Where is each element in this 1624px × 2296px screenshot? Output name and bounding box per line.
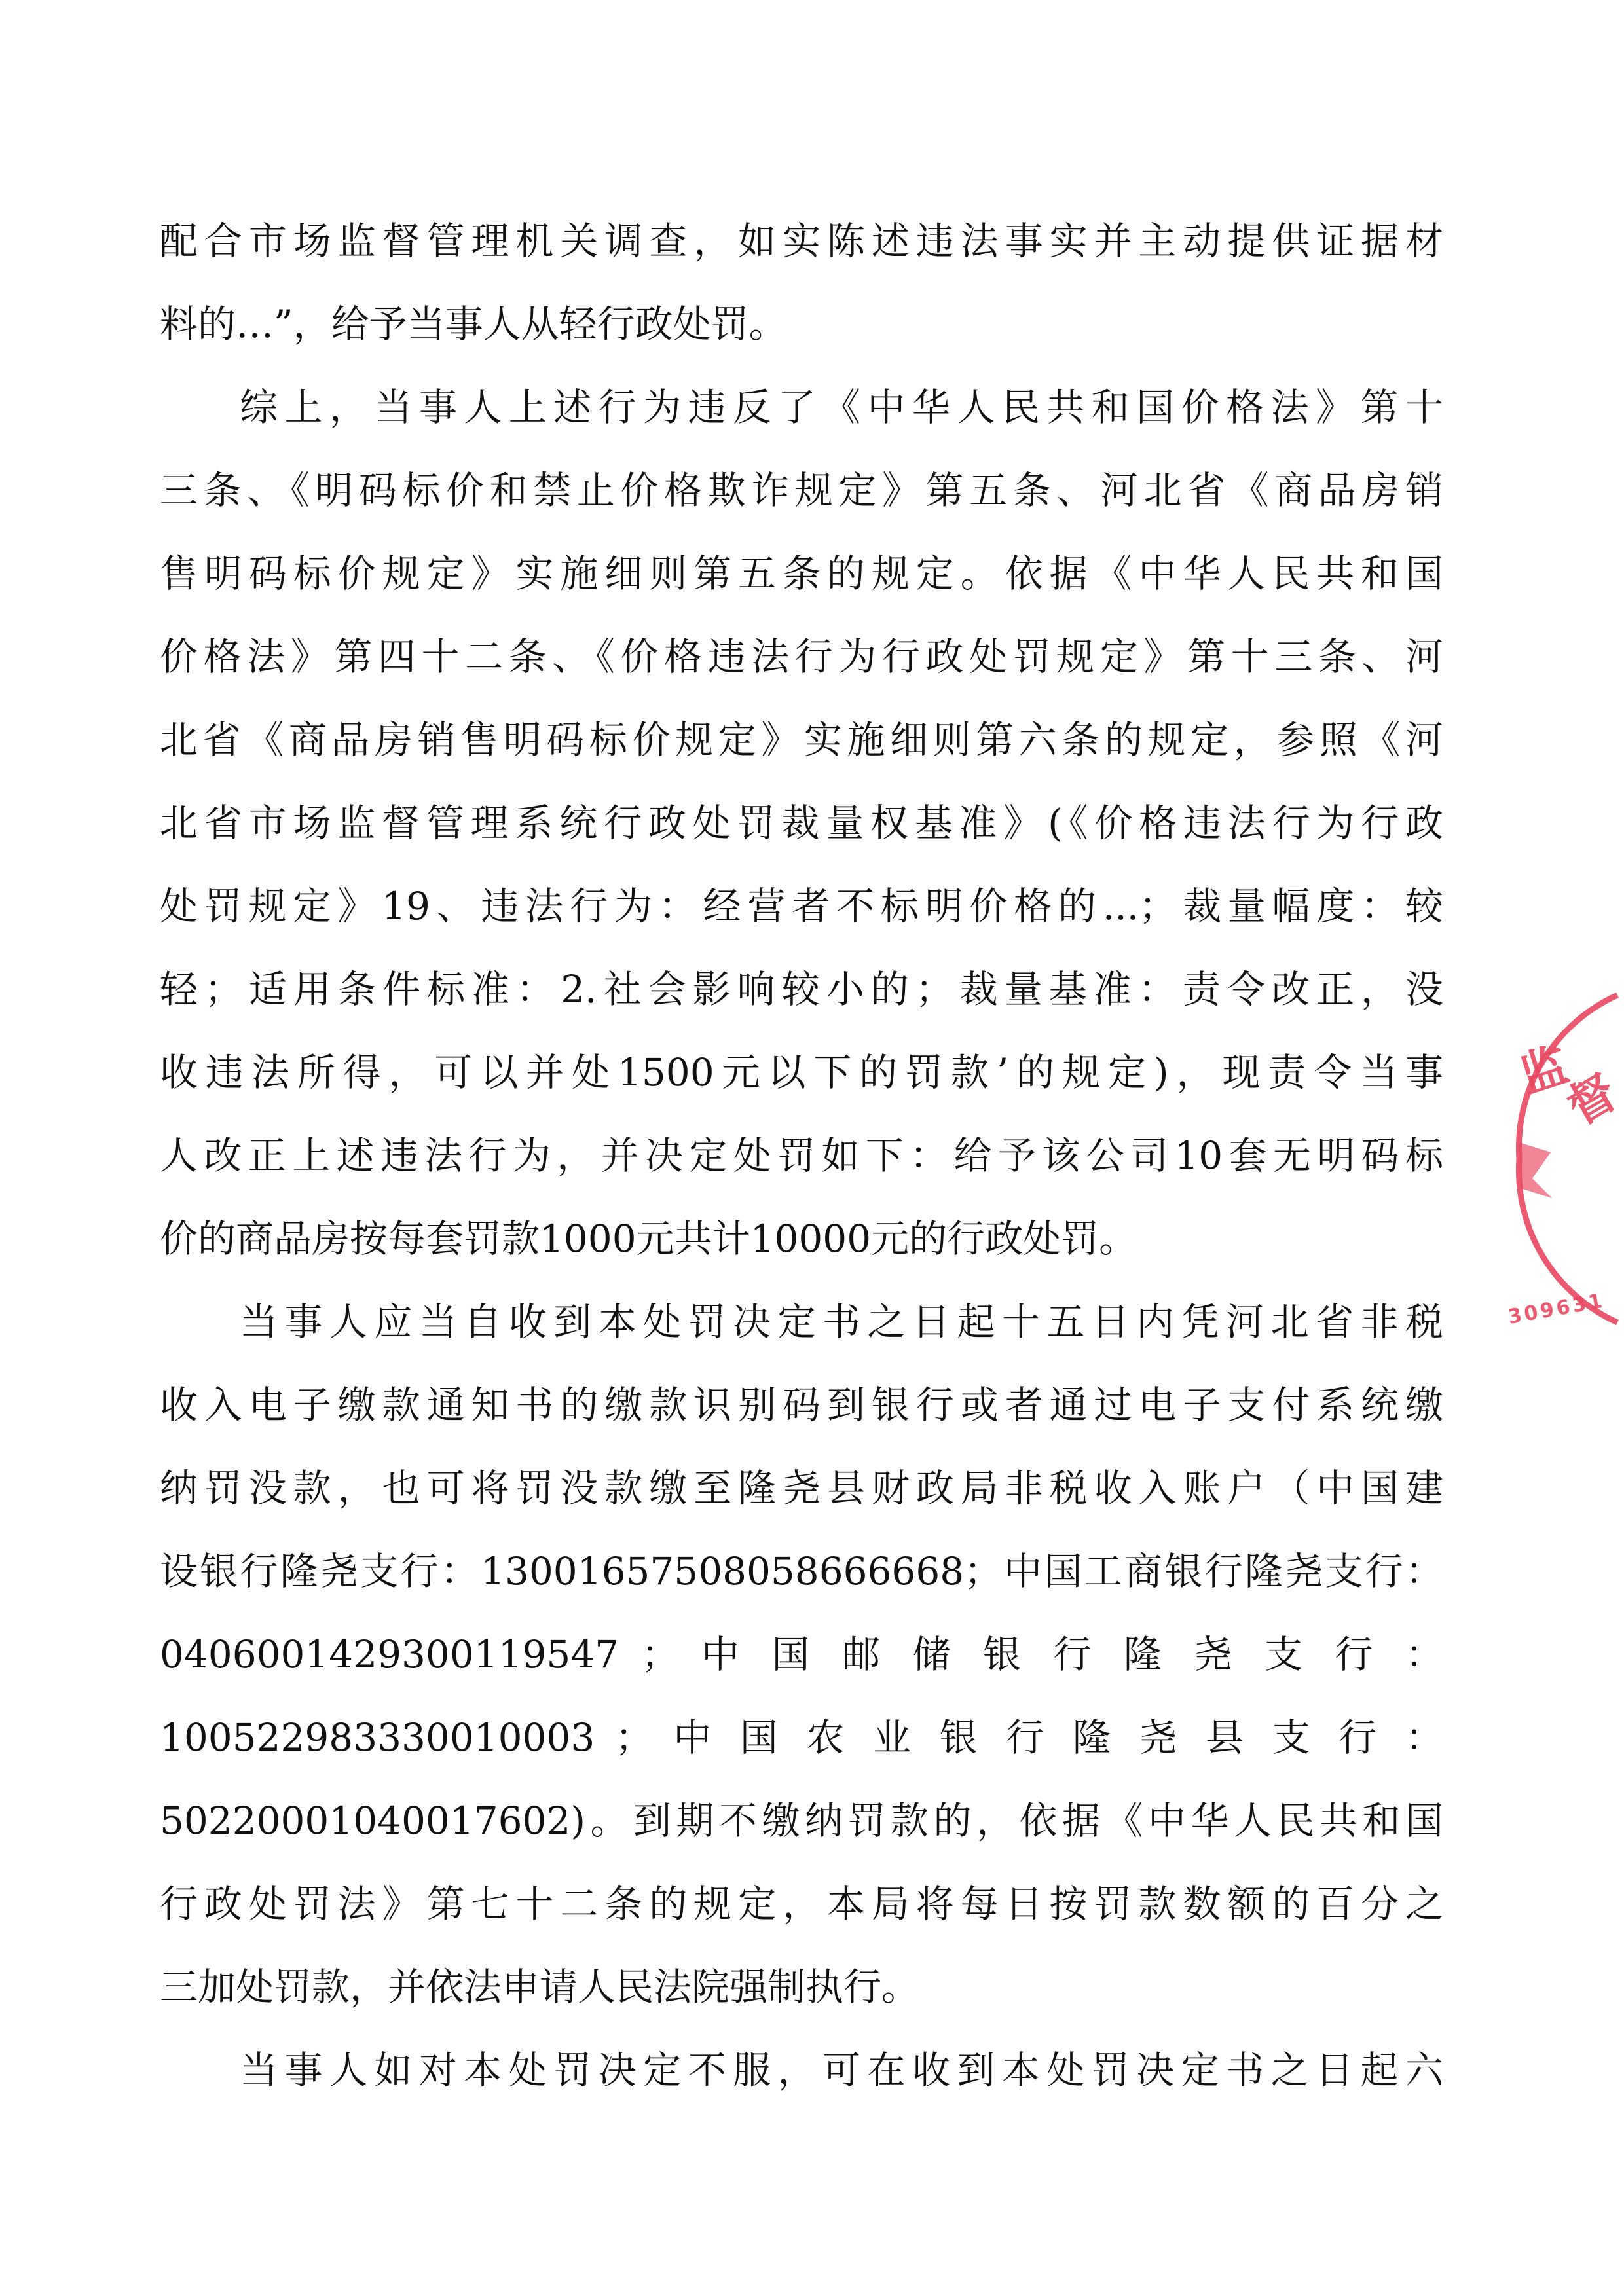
text-line: 当事人应当自收到本处罚决定书之日起十五日内凭河北省非税 — [160, 1289, 1443, 1372]
text-line: 价的商品房按每套罚款1000元共计10000元的行政处罚。 — [160, 1206, 1443, 1289]
text-line: 收入电子缴款通知书的缴款识别码到银行或者通过电子支付系统缴 — [160, 1372, 1443, 1455]
text-line: 设银行隆尧支行：13001657508058666668；中国工商银行隆尧支行： — [160, 1539, 1443, 1622]
text-line: 行政处罚法》第七十二条的规定，本局将每日按罚款数额的百分之 — [160, 1871, 1443, 1954]
text-line: 北省《商品房销售明码标价规定》实施细则第六条的规定，参照《河 — [160, 707, 1443, 790]
seal-number: 309631 — [1506, 1289, 1606, 1328]
text-line: 配合市场监督管理机关调查，如实陈述违法事实并主动提供证据材 — [160, 208, 1443, 291]
text-line: 0406001429300119547 ； 中 国 邮 储 银 行 隆 尧 支 … — [160, 1622, 1443, 1705]
seal-icon: 监 督 309631 — [1506, 982, 1624, 1336]
text-line: 纳罚没款，也可将罚没款缴至隆尧县财政局非税收入账户（中国建 — [160, 1455, 1443, 1539]
text-line: 价格法》第四十二条、《价格违法行为行政处罚规定》第十三条、河 — [160, 624, 1443, 707]
text-line: 料的…”，给予当事人从轻行政处罚。 — [160, 291, 1443, 374]
text-line: 三条、《明码标价和禁止价格欺诈规定》第五条、河北省《商品房销 — [160, 458, 1443, 541]
text-line: 轻；适用条件标准：2.社会影响较小的；裁量基准：责令改正，没 — [160, 957, 1443, 1040]
text-line: 北省市场监督管理系统行政处罚裁量权基准》(《价格违法行为行政 — [160, 790, 1443, 873]
text-line: 当事人如对本处罚决定不服，可在收到本处罚决定书之日起六 — [160, 2037, 1443, 2121]
text-line: 综上，当事人上述行为违反了《中华人民共和国价格法》第十 — [160, 374, 1443, 458]
text-line: 100522983330010003 ； 中 国 农 业 银 行 隆 尧 县 支… — [160, 1705, 1443, 1788]
text-line: 人改正上述违法行为，并决定处罚如下：给予该公司10套无明码标 — [160, 1123, 1443, 1206]
document-page: 配合市场监督管理机关调查，如实陈述违法事实并主动提供证据材 料的…”，给予当事人… — [0, 0, 1624, 2296]
text-line: 处罚规定》19、违法行为：经营者不标明价格的...；裁量幅度：较 — [160, 873, 1443, 957]
document-body: 配合市场监督管理机关调查，如实陈述违法事实并主动提供证据材 料的…”，给予当事人… — [160, 208, 1443, 2121]
text-line: 收违法所得，可以并处1500元以下的罚款’的规定)，现责令当事 — [160, 1040, 1443, 1123]
text-line: 三加处罚款，并依法申请人民法院强制执行。 — [160, 1954, 1443, 2037]
text-line: 售明码标价规定》实施细则第五条的规定。依据《中华人民共和国 — [160, 541, 1443, 624]
official-seal-stamp: 监 督 309631 — [1506, 982, 1624, 1336]
text-line: 50220001040017602)。到期不缴纳罚款的，依据《中华人民共和国 — [160, 1788, 1443, 1871]
